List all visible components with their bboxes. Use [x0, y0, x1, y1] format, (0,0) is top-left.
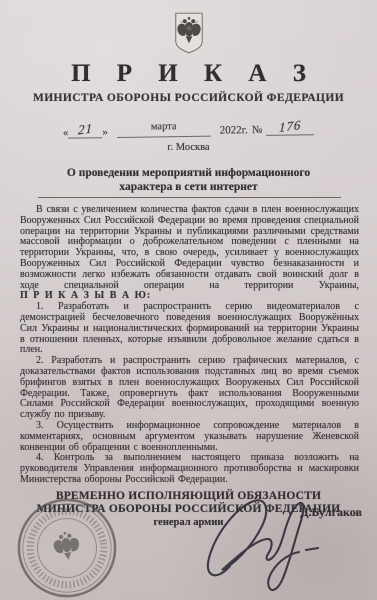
preamble-text: В связи с увеличением количества фактов … [20, 204, 359, 291]
order-item-1: 1. Разработать и распространить серию ви… [20, 302, 359, 356]
order-word: П Р И К А З Ы В А Ю: [20, 290, 151, 301]
document-body: В связи с увеличением количества фактов … [20, 205, 359, 486]
year-value: 2022г. [220, 124, 248, 136]
signatory-name: Д.Булгаков [300, 505, 362, 520]
ministry-subtitle: МИНИСТРА ОБОРОНЫ РОССИЙСКОЙ ФЕДЕРАЦИИ [8, 92, 369, 105]
order-title: П Р И К А З [0, 60, 377, 87]
subject-underline [38, 196, 341, 198]
document-page: П Р И К А З МИНИСТРА ОБОРОНЫ РОССИЙСКОЙ … [0, 0, 377, 600]
city-line: г. Москва [0, 142, 377, 154]
subject-line-2: характера в сети интернет [30, 180, 347, 194]
order-item-4: 4. Контроль за выполнением настоящего пр… [20, 453, 359, 485]
number-sign: № [252, 124, 263, 136]
month-value: марта [117, 121, 211, 138]
order-number-value: 176 [279, 118, 302, 134]
day-value: 21 [78, 121, 93, 136]
order-item-2: 2. Разработать и распространить серию гр… [20, 356, 359, 421]
official-stamp-icon [7, 489, 126, 600]
subject-title: О проведении мероприятий информационного… [30, 166, 347, 194]
order-item-3: 3. Осуществить информационное сопровожде… [20, 421, 359, 453]
preamble-paragraph: В связи с увеличением количества фактов … [20, 205, 359, 302]
order-number-field: 176 [266, 119, 314, 136]
coat-of-arms-icon [172, 10, 206, 56]
subject-line-1: О проведении мероприятий информационного [30, 166, 347, 180]
day-field: 21 [68, 122, 102, 138]
date-line: «21» марта 2022г. № 176 [0, 118, 377, 139]
close-quote: » [102, 126, 108, 138]
